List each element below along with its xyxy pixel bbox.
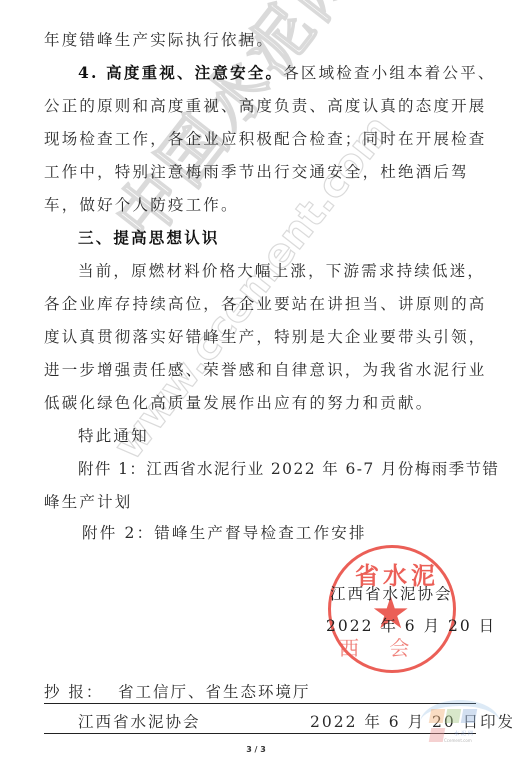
paragraph-line: 年度错峰生产实际执行依据。	[44, 30, 274, 50]
cc-recipients: 省工信厅、省生态环境厅	[118, 680, 311, 702]
logo-name: 水泥网	[454, 730, 475, 737]
paragraph-line: 4. 高度重视、注意安全。各区域检查小组本着公平、	[78, 63, 496, 83]
official-seal: 省水泥 ★ 西 会	[328, 545, 456, 673]
paragraph-line: 车，做好个人防疫工作。	[44, 195, 239, 215]
signature-date: 2022 年 6 月 20 日	[326, 614, 496, 636]
paragraph-line: 进一步增强责任感、荣誉感和自律意识，为我省水泥行业	[44, 360, 487, 380]
paragraph-line: 现场检查工作，各企业应积极配合检查；同时在开展检查	[44, 129, 487, 149]
paragraph-line: 各企业库存持续高位，各企业要站在讲担当、讲原则的高	[44, 294, 487, 314]
attachment-2: 附件 2：错峰生产督导检查工作安排	[82, 523, 367, 543]
item-text: 各区域检查小组本着公平、	[283, 64, 495, 82]
logo-url: Ccement.com	[444, 738, 472, 743]
divider	[44, 733, 476, 734]
paragraph-line: 工作中，特别注意梅雨季节出行交通安全，杜绝酒后驾	[44, 162, 469, 182]
cc-label: 抄 报：	[44, 680, 103, 702]
section-heading: 三、提高思想认识	[78, 228, 220, 248]
ccement-logo: 水泥网 Ccement.com	[420, 700, 480, 750]
attachment-1-cont: 峰生产计划	[44, 492, 133, 512]
item-heading: 4. 高度重视、注意安全。	[78, 63, 283, 82]
paragraph-line: 度认真贯彻落实好错峰生产，特别是大企业要带头引领，	[44, 327, 487, 347]
seal-bottom-text: 西 会	[339, 632, 421, 661]
signature-org: 江西省水泥协会	[330, 582, 453, 604]
attachment-1: 附件 1：江西省水泥行业 2022 年 6-7 月份梅雨季节错	[78, 459, 499, 479]
paragraph-line: 当前，原燃材料价格大幅上涨，下游需求持续低迷，	[78, 261, 485, 281]
paragraph-line: 公正的原则和高度重视、高度负责、高度认真的态度开展	[44, 96, 487, 116]
notice-text: 特此通知	[78, 426, 149, 446]
paragraph-line: 低碳化绿色化高质量发展作出应有的努力和贡献。	[44, 393, 433, 413]
page-number: 3 / 3	[0, 745, 512, 754]
divider	[44, 703, 476, 704]
issuer: 江西省水泥协会	[78, 710, 201, 732]
